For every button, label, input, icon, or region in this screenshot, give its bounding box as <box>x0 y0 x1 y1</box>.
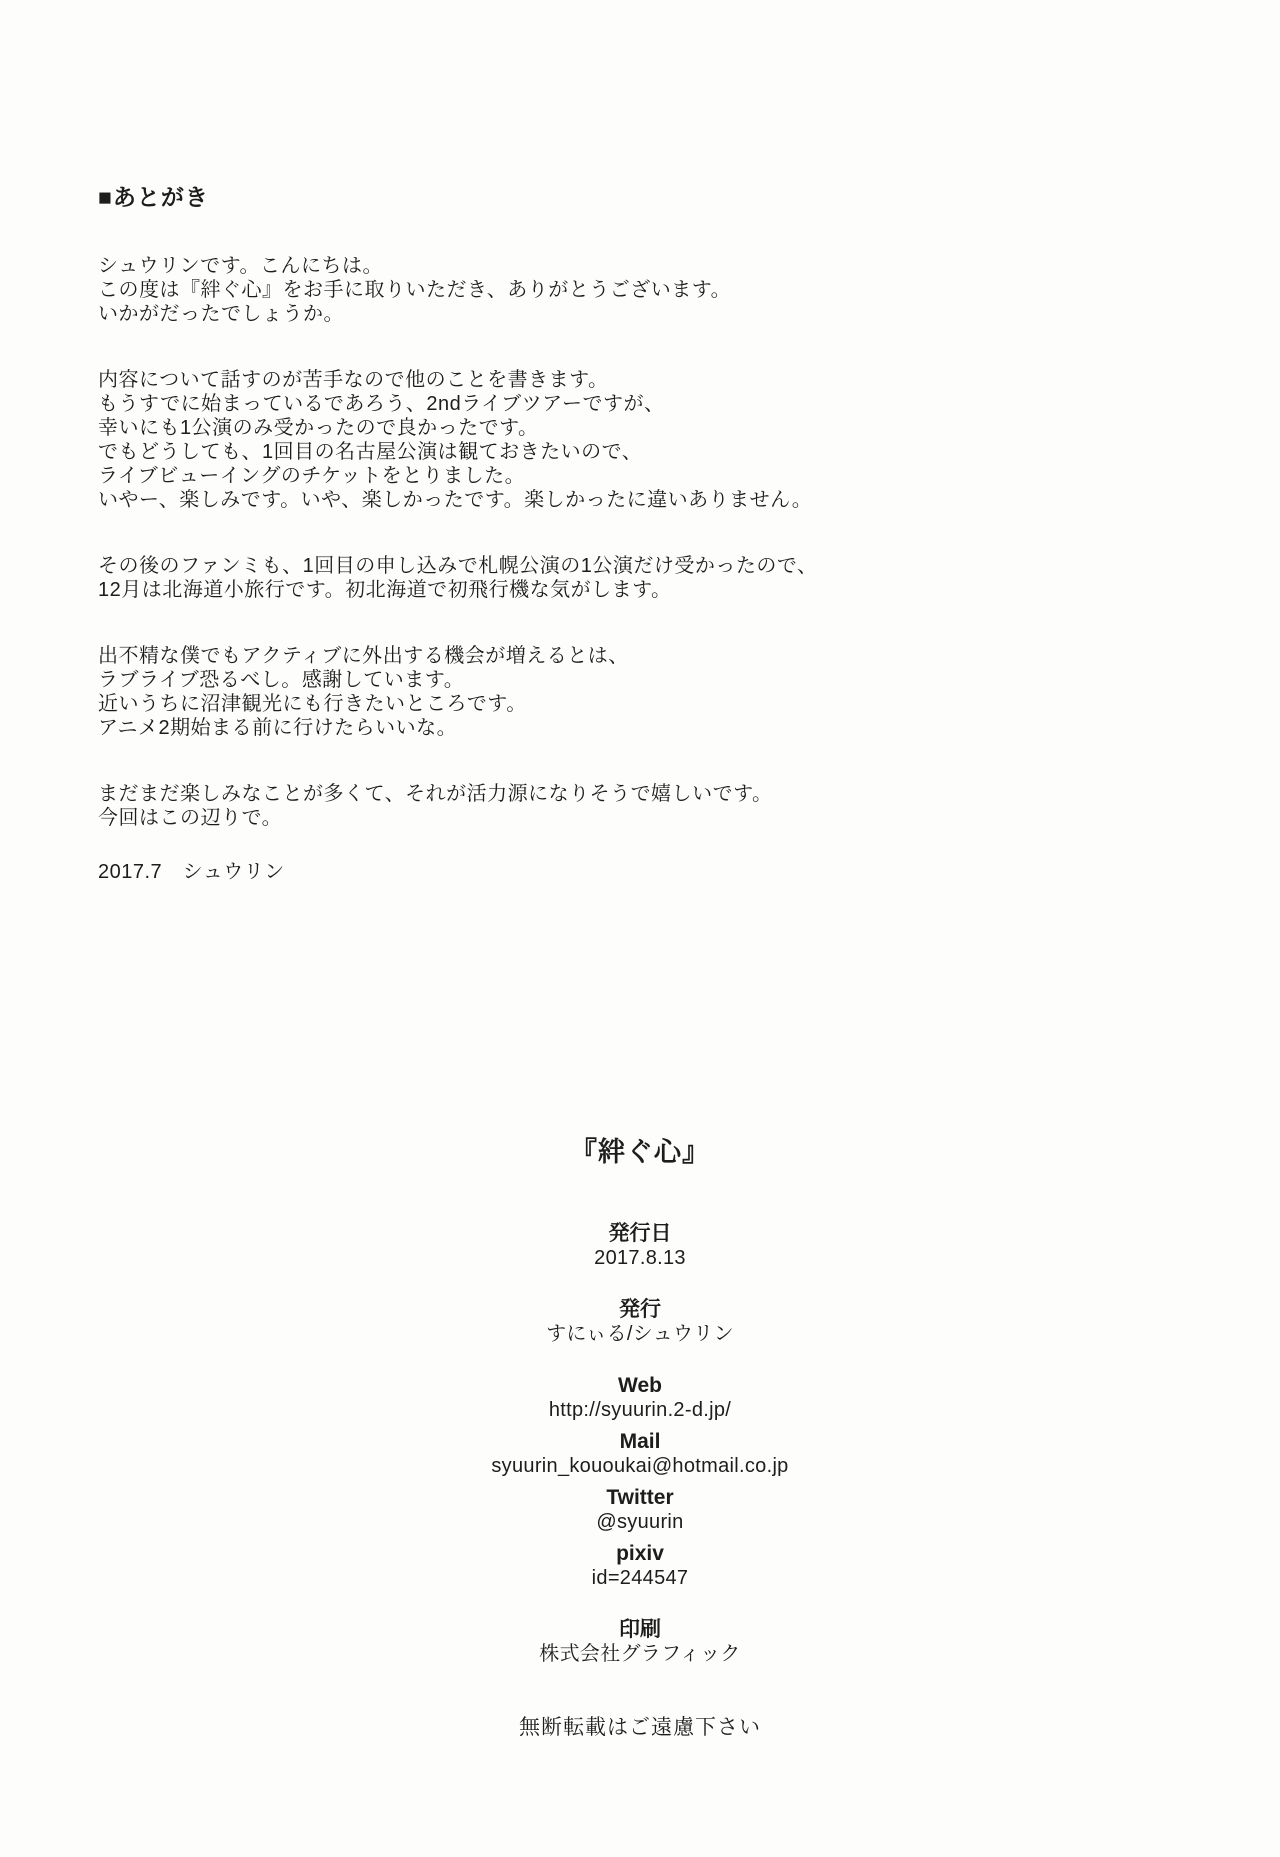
pixiv-id-value: id=244547 <box>0 1566 1280 1590</box>
twitter-handle-value: @syuurin <box>0 1510 1280 1534</box>
afterword-paragraph-greeting: シュウリンです。こんにちは。 この度は『絆ぐ心』をお手に取りいただき、ありがとう… <box>98 254 978 326</box>
afterword-heading: ■あとがき <box>98 184 978 210</box>
colophon-entry-web: Web http://syuurin.2-d.jp/ <box>0 1374 1280 1422</box>
colophon-entry-mail: Mail syuurin_kououkai@hotmail.co.jp <box>0 1430 1280 1478</box>
colophon-label: Twitter <box>0 1486 1280 1510</box>
colophon-entry-pixiv: pixiv id=244547 <box>0 1542 1280 1590</box>
publish-date-value: 2017.8.13 <box>0 1246 1280 1270</box>
afterword-section: ■あとがき シュウリンです。こんにちは。 この度は『絆ぐ心』をお手に取りいただき… <box>98 184 978 884</box>
reproduction-notice: 無断転載はご遠慮下さい <box>0 1716 1280 1740</box>
colophon-entry-twitter: Twitter @syuurin <box>0 1486 1280 1534</box>
colophon-label: 印刷 <box>0 1618 1280 1642</box>
colophon-label: Mail <box>0 1430 1280 1454</box>
colophon-entry-publish-date: 発行日 2017.8.13 <box>0 1222 1280 1270</box>
afterword-paragraph-live-tour: 内容について話すのが苦手なので他のことを書きます。 もうすでに始まっているであろ… <box>98 368 978 512</box>
printer-value: 株式会社グラフィック <box>0 1642 1280 1666</box>
colophon-label: 発行 <box>0 1298 1280 1322</box>
afterword-paragraph-closing: まだまだ楽しみなことが多くて、それが活力源になりそうで嬉しいです。 今回はこの辺… <box>98 782 978 830</box>
book-title: 『絆ぐ心』 <box>0 1133 1280 1171</box>
afterword-signature: 2017.7 シュウリン <box>98 860 978 884</box>
mail-address-value: syuurin_kououkai@hotmail.co.jp <box>0 1454 1280 1478</box>
colophon-label: Web <box>0 1374 1280 1398</box>
colophon-entry-printer: 印刷 株式会社グラフィック <box>0 1618 1280 1666</box>
afterword-paragraph-outings: 出不精な僕でもアクティブに外出する機会が増えるとは、 ラブライブ恐るべし。感謝し… <box>98 644 978 740</box>
publisher-value: すにぃる/シュウリン <box>0 1322 1280 1346</box>
web-url-value: http://syuurin.2-d.jp/ <box>0 1398 1280 1422</box>
colophon-section: 『絆ぐ心』 発行日 2017.8.13 発行 すにぃる/シュウリン Web ht… <box>0 1133 1280 1740</box>
afterword-paragraph-fan-meeting: その後のファンミも、1回目の申し込みで札幌公演の1公演だけ受かったので、 12月… <box>98 554 978 602</box>
colophon-label: 発行日 <box>0 1222 1280 1246</box>
colophon-entry-publisher: 発行 すにぃる/シュウリン <box>0 1298 1280 1346</box>
colophon-label: pixiv <box>0 1542 1280 1566</box>
